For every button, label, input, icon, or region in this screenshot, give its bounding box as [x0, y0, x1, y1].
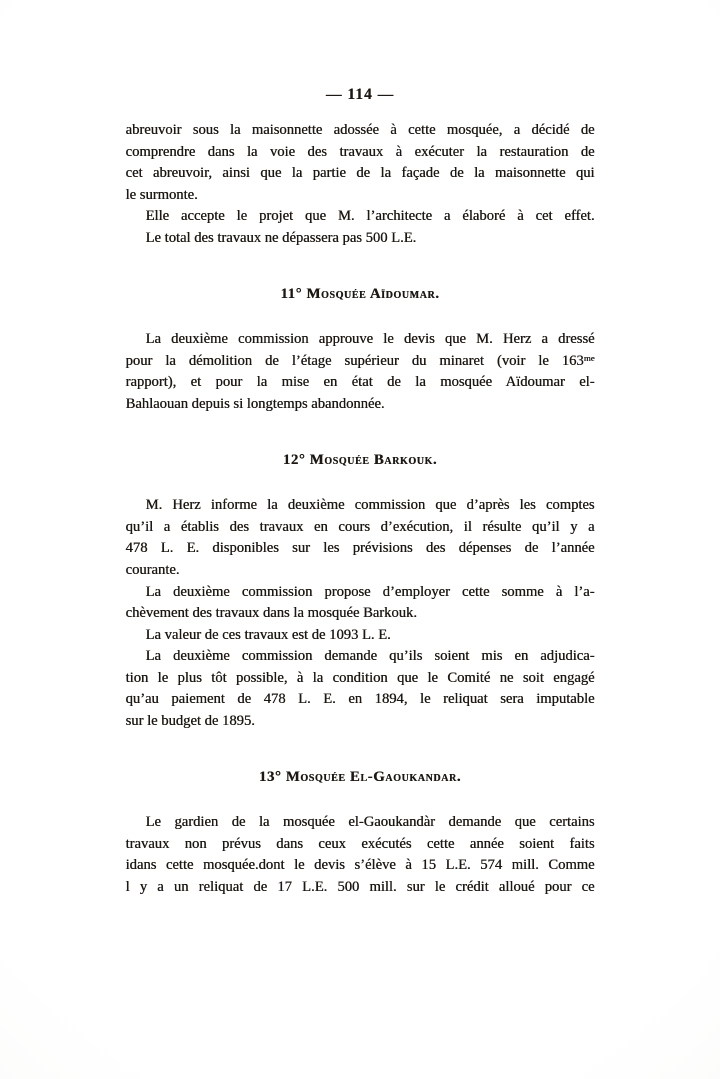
paragraph: M. Herz informe la deuxième commission q… — [126, 495, 595, 581]
paragraph-line: La deuxième commission approuve le devis… — [126, 329, 595, 351]
paragraph-line: La valeur de ces travaux est de 1093 L. … — [126, 625, 595, 647]
paragraph-line: pour la démolition de l’étage supérieur … — [126, 351, 595, 373]
paragraph-line: Bahlaouan depuis si longtemps abandonnée… — [126, 394, 595, 416]
paragraph: La valeur de ces travaux est de 1093 L. … — [126, 625, 595, 647]
paragraph-line: abreuvoir sous la maisonnette adossée à … — [126, 120, 595, 142]
paragraph: Le gardien de la mosquée el-Gaoukandàr d… — [126, 812, 595, 898]
paragraph-line: l y a un reliquat de 17 L.E. 500 mill. s… — [126, 877, 595, 899]
paragraph-line: comprendre dans la voie des travaux à ex… — [126, 142, 595, 164]
section-heading: 13° Mosquée El-Gaoukandar. — [126, 767, 595, 789]
paragraph-line: 478 L. E. disponibles sur les prévisions… — [126, 538, 595, 560]
section-heading: 11° Mosquée Aïdoumar. — [126, 284, 595, 306]
paragraph-line: chèvement des travaux dans la mosquée Ba… — [126, 603, 595, 625]
paragraph: Le total des travaux ne dépassera pas 50… — [126, 228, 595, 250]
paragraph-line: le surmonte. — [126, 185, 595, 207]
paragraph-line: Elle accepte le projet que M. l’architec… — [126, 206, 595, 228]
paragraph-line: cet abreuvoir, ainsi que la partie de la… — [126, 163, 595, 185]
paragraph-line: idans cette mosquée.dont le devis s’élèv… — [126, 855, 595, 877]
paragraph-line: courante. — [126, 560, 595, 582]
paragraph-line: qu’au paiement de 478 L. E. en 1894, le … — [126, 689, 595, 711]
paragraph: La deuxième commission propose d’employe… — [126, 582, 595, 625]
text-block: abreuvoir sous la maisonnette adossée à … — [126, 120, 595, 899]
paragraph-line: M. Herz informe la deuxième commission q… — [126, 495, 595, 517]
paragraph: La deuxième commission approuve le devis… — [126, 329, 595, 415]
paragraph-line: qu’il a établis des travaux en cours d’e… — [126, 517, 595, 539]
paragraph: Elle accepte le projet que M. l’architec… — [126, 206, 595, 228]
paragraph: abreuvoir sous la maisonnette adossée à … — [126, 120, 595, 206]
paragraph-line: rapport), et pour la mise en état de la … — [126, 372, 595, 394]
paragraph-line: tion le plus tôt possible, à la conditio… — [126, 668, 595, 690]
paragraph-line: travaux non prévus dans ceux exécutés ce… — [126, 834, 595, 856]
paragraph-line: Le gardien de la mosquée el-Gaoukandàr d… — [126, 812, 595, 834]
paragraph-line: sur le budget de 1895. — [126, 711, 595, 733]
section-heading: 12° Mosquée Barkouk. — [126, 450, 595, 472]
page-number: — 114 — — [0, 86, 720, 104]
paragraph-line: Le total des travaux ne dépassera pas 50… — [126, 228, 595, 250]
document-page: — 114 — abreuvoir sous la maisonnette ad… — [0, 0, 720, 1079]
paragraph-line: La deuxième commission demande qu’ils so… — [126, 646, 595, 668]
paragraph: La deuxième commission demande qu’ils so… — [126, 646, 595, 732]
paragraph-line: La deuxième commission propose d’employe… — [126, 582, 595, 604]
